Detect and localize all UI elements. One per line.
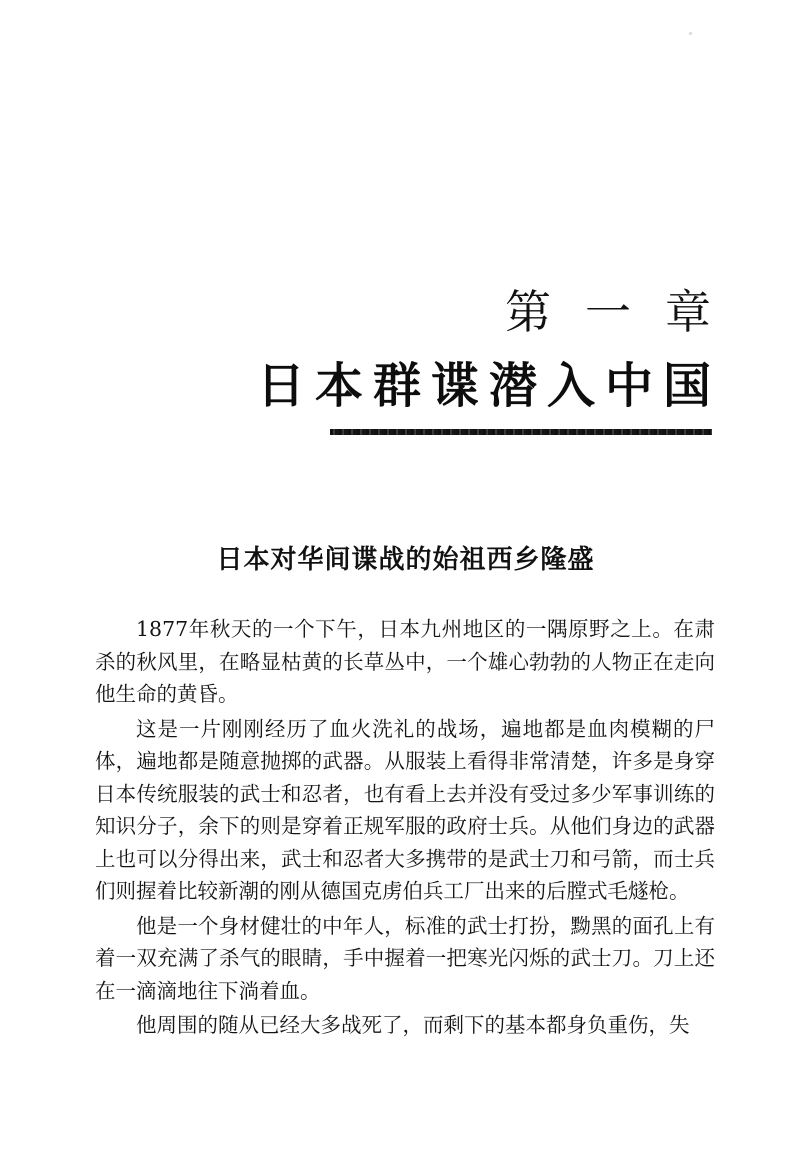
- paragraph: 他是一个身材健壮的中年人，标准的武士打扮，黝黑的面孔上有着一双充满了杀气的眼睛，…: [95, 910, 715, 1008]
- page-speck: [689, 32, 692, 35]
- paragraph: 他周围的随从已经大多战死了，而剩下的基本都身负重伤，失: [95, 1009, 715, 1042]
- chapter-title-rule: [330, 429, 712, 435]
- paragraph: 这是一片刚刚经历了血火洗礼的战场，遍地都是血肉模糊的尸体，遍地都是随意抛掷的武器…: [95, 713, 715, 908]
- paragraph: 1877年秋天的一个下午，日本九州地区的一隅原野之上。在肃杀的秋风里，在略显枯黄…: [95, 613, 715, 711]
- chapter-title: 日本群谍潜入中国: [257, 356, 721, 416]
- body-text: 1877年秋天的一个下午，日本九州地区的一隅原野之上。在肃杀的秋风里，在略显枯黄…: [95, 613, 715, 1044]
- chapter-number: 第一章: [505, 282, 745, 342]
- section-title: 日本对华间谍战的始祖西乡隆盛: [0, 540, 811, 580]
